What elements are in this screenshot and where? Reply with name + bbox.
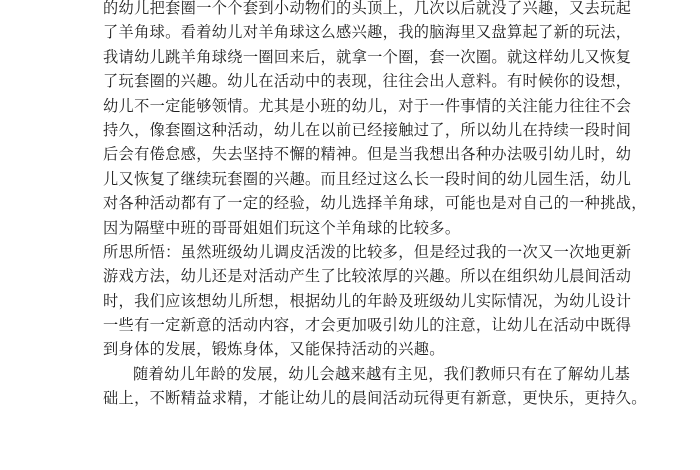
text-line: 到身体的发展，锻炼身体，又能保持活动的兴趣。 (103, 337, 595, 361)
text-line: 幼儿不一定能够领情。尤其是小班的幼儿，对于一件事情的关注能力往往不会 (103, 94, 595, 118)
text-line: 随着幼儿年龄的发展，幼儿会越来越有主见，我们教师只有在了解幼儿基 (103, 362, 595, 386)
text-line: 持久，像套圈这种活动，幼儿在以前已经接触过了，所以幼儿在持续一段时间 (103, 118, 595, 142)
text-line: 我请幼儿跳羊角球绕一圈回来后，就拿一个圈，套一次圈。就这样幼儿又恢复 (103, 45, 595, 69)
text-line: 所思所悟：虽然班级幼儿调皮活泼的比较多，但是经过我的一次又一次地更新 (103, 240, 595, 264)
text-line: 了玩套圈的兴趣。幼儿在活动中的表现，往往会出人意料。有时候你的设想， (103, 69, 595, 93)
text-line: 了羊角球。看着幼儿对羊角球这么感兴趣，我的脑海里又盘算起了新的玩法， (103, 20, 595, 44)
text-line: 对各种活动都有了一定的经验，幼儿选择羊角球，可能也是对自己的一种挑战， (103, 191, 595, 215)
text-line: 时，我们应该想幼儿所想，根据幼儿的年龄及班级幼儿实际情况，为幼儿设计 (103, 289, 595, 313)
paragraph-conclusion: 随着幼儿年龄的发展，幼儿会越来越有主见，我们教师只有在了解幼儿基 础上，不断精益… (103, 366, 595, 415)
text-line: 游戏方法，幼儿还是对活动产生了比较浓厚的兴趣。所以在组织幼儿晨间活动 (103, 264, 595, 288)
paragraph-observation-continued: 的幼儿把套圈一个个套到小动物们的头顶上，几次以后就没了兴趣，又去玩起 了羊角球。… (103, 0, 595, 244)
text-line: 因为隔壁中班的哥哥姐姐们玩这个羊角球的比较多。 (103, 216, 595, 240)
text-line: 一些有一定新意的活动内容，才会更加吸引幼儿的注意，让幼儿在活动中既得 (103, 313, 595, 337)
text-line: 儿又恢复了继续玩套圈的兴趣。而且经过这么长一段时间的幼儿园生活，幼儿 (103, 167, 595, 191)
text-line: 的幼儿把套圈一个个套到小动物们的头顶上，几次以后就没了兴趣，又去玩起 (103, 0, 595, 20)
text-line: 后会有倦怠感，失去坚持不懈的精神。但是当我想出各种办法吸引幼儿时，幼 (103, 142, 595, 166)
paragraph-reflections: 所思所悟：虽然班级幼儿调皮活泼的比较多，但是经过我的一次又一次地更新 游戏方法，… (103, 244, 595, 366)
text-line: 础上，不断精益求精，才能让幼儿的晨间活动玩得更有新意，更快乐，更持久。 (103, 386, 595, 410)
document-page: 的幼儿把套圈一个个套到小动物们的头顶上，几次以后就没了兴趣，又去玩起 了羊角球。… (103, 0, 595, 415)
